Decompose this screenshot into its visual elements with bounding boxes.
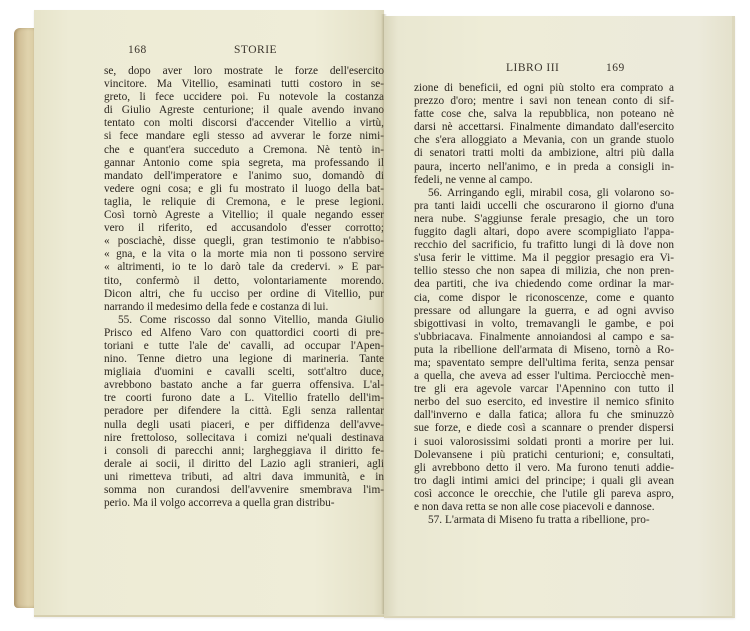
text-line: fedeli, ne venne al campo. <box>414 174 674 187</box>
text-line: cia, come dispor le riconoscenze, come e… <box>414 292 674 305</box>
text-line: somma non curandosi dell'avvenire smembr… <box>104 484 384 497</box>
right-page-body: zione di beneficii, ed ogni più stolto e… <box>414 82 674 527</box>
text-line: i suoi valorosissimi soldati pronti a mo… <box>414 436 674 449</box>
text-line: se, dopo aver loro mostrate le forze del… <box>104 65 384 78</box>
text-line: taglia, le reliquie di Cremona, e le pre… <box>104 196 384 209</box>
text-line: che s'era alloggiato a Mevania, con un g… <box>414 134 674 147</box>
running-head-right: LIBRO III <box>506 62 559 74</box>
text-line: tellio stesso che non sapea di milizia, … <box>414 265 674 278</box>
text-line: perio. Ma il volgo accorreva a quella gr… <box>104 497 384 510</box>
text-line: vedere ogni cosa; e gli fu mostrato il l… <box>104 183 384 196</box>
text-line: zione di beneficii, ed ogni più stolto e… <box>414 82 674 95</box>
text-line: nino. Tenne dietro una legione di marine… <box>104 353 384 366</box>
text-line: nulla degli usati piaceri, e per diffide… <box>104 419 384 432</box>
text-line: paura, incerto nell'animo, e in preda a … <box>414 161 674 174</box>
text-line: nire frettoloso, sollecitava i comizi ne… <box>104 432 384 445</box>
text-line: di senatori tratti molti da ambizione, a… <box>414 147 674 160</box>
text-line: tro dagli intimi amici del principe; i q… <box>414 475 674 488</box>
text-line: tre gli era agevole varcar l'Apennino co… <box>414 383 674 396</box>
text-line: nerbo del suo esercito, ed investire il … <box>414 396 674 409</box>
text-line: 56. Arringando egli, mirabil cosa, gli v… <box>414 187 674 200</box>
text-line: di Giulio Agreste centurione; il quale a… <box>104 104 384 117</box>
text-line: nera nube. S'aggiunse ferale presagio, c… <box>414 213 674 226</box>
text-line: darsi nè accettarsi. Finalmente dimandat… <box>414 121 674 134</box>
left-page: 168 STORIE se, dopo aver loro mostrate l… <box>34 10 384 617</box>
page-number-right: 169 <box>606 62 625 74</box>
text-line: 57. L'armata di Miseno fu tratta a ribel… <box>414 514 674 527</box>
text-line: sue forze, e diede così a scannare o pre… <box>414 422 674 435</box>
text-line: si fece mandare egli stesso ad avverar l… <box>104 130 384 143</box>
text-line: uni rimetteva tributi, ad altri dava imm… <box>104 471 384 484</box>
text-line: Dicon altri, che fu ucciso per ordine di… <box>104 288 384 301</box>
text-line: Dolevansene i più pratichi centurioni; e… <box>414 449 674 462</box>
text-line: tentato con molti discorsi d'accender Vi… <box>104 117 384 130</box>
text-line: « altrimenti, io te lo darò tale da cred… <box>104 261 384 274</box>
text-line: derale ai socii, il diritto del Lazio ag… <box>104 458 384 471</box>
text-line: puta la ribellione dell'armata di Miseno… <box>414 344 674 357</box>
text-line: s'ubbriacava. Finalmente annoiandosi al … <box>414 331 674 344</box>
text-line: gli avrebbono detto il vero. Ma furono t… <box>414 462 674 475</box>
text-line: fuggito dagli altari, dopo avere scompig… <box>414 226 674 239</box>
right-page: LIBRO III 169 zione di beneficii, ed ogn… <box>384 16 735 618</box>
text-line: « gna, e la vita o la morte mia non ti p… <box>104 248 384 261</box>
text-line: recchio del sacrificio, fu trafitto lung… <box>414 239 674 252</box>
text-line: « posciachè, disse quegli, gran testimon… <box>104 235 384 248</box>
text-line: ma; spaventato sempre dell'ultima ferita… <box>414 357 674 370</box>
page-number-left: 168 <box>128 44 147 56</box>
text-line: Prisco ed Alfeno Varo con quattordici co… <box>104 327 384 340</box>
text-line: migliaia d'uomini e cavalli scelti, sott… <box>104 366 384 379</box>
text-line: tre coorti furono date a L. Vitellio fra… <box>104 392 384 405</box>
text-line: che e quant'era succeduto a Cremona. Nè … <box>104 144 384 157</box>
text-line: narrando il medesimo della fede e costan… <box>104 301 384 314</box>
text-line: sbigottivasi in volto, tremavangli le ga… <box>414 318 674 331</box>
text-line: mandato dell'imperatore e l'animo suo, d… <box>104 170 384 183</box>
text-line: toriani e tutte l'ale de' cavalli, ad oc… <box>104 340 384 353</box>
text-line: dea partiti, che iva chiedendo come ordi… <box>414 278 674 291</box>
text-line: tito, confermò il detto, volontariamente… <box>104 275 384 288</box>
running-head-left: STORIE <box>234 44 277 56</box>
text-line: greto, li fece uccidere poi. Fu notevole… <box>104 91 384 104</box>
text-line: dall'inverno e dalla fatica; allora fu c… <box>414 409 674 422</box>
text-line: Così tornò Agreste a Vitellio; il quale … <box>104 209 384 222</box>
text-line: così acconce le orecchie, che l'utile gl… <box>414 488 674 501</box>
left-page-body: se, dopo aver loro mostrate le forze del… <box>104 65 384 510</box>
text-line: avrebbono bastato anche a far guerra off… <box>104 379 384 392</box>
text-line: vincitore. Ma Vitellio, esaminati tutti … <box>104 78 384 91</box>
open-book: 168 STORIE se, dopo aver loro mostrate l… <box>0 0 750 631</box>
text-line: a quella, che aveva ad esser l'ultima. P… <box>414 370 674 383</box>
text-line: e non dava retta se non alle cose piacev… <box>414 501 674 514</box>
text-line: gannar Antonio come spia segreta, ma pro… <box>104 157 384 170</box>
text-line: 55. Come riscosso dal sonno Vitellio, ma… <box>104 314 384 327</box>
text-line: vero il riferito, ed accusandolo d'esser… <box>104 222 384 235</box>
text-line: peradore per difendere la città. Egli se… <box>104 405 384 418</box>
text-line: prezzo d'oro; mentre i savi non tenean c… <box>414 95 674 108</box>
text-line: pressare od allungare la guerra, e ad og… <box>414 305 674 318</box>
text-line: pra tanti laidi uccelli che oscurarono i… <box>414 200 674 213</box>
text-line: s'usa ferir le vittime. Ma il peggior pr… <box>414 252 674 265</box>
text-line: fatte cose che, salva la repubblica, non… <box>414 108 674 121</box>
text-line: i consoli di parecchi anni; largheggiava… <box>104 445 384 458</box>
